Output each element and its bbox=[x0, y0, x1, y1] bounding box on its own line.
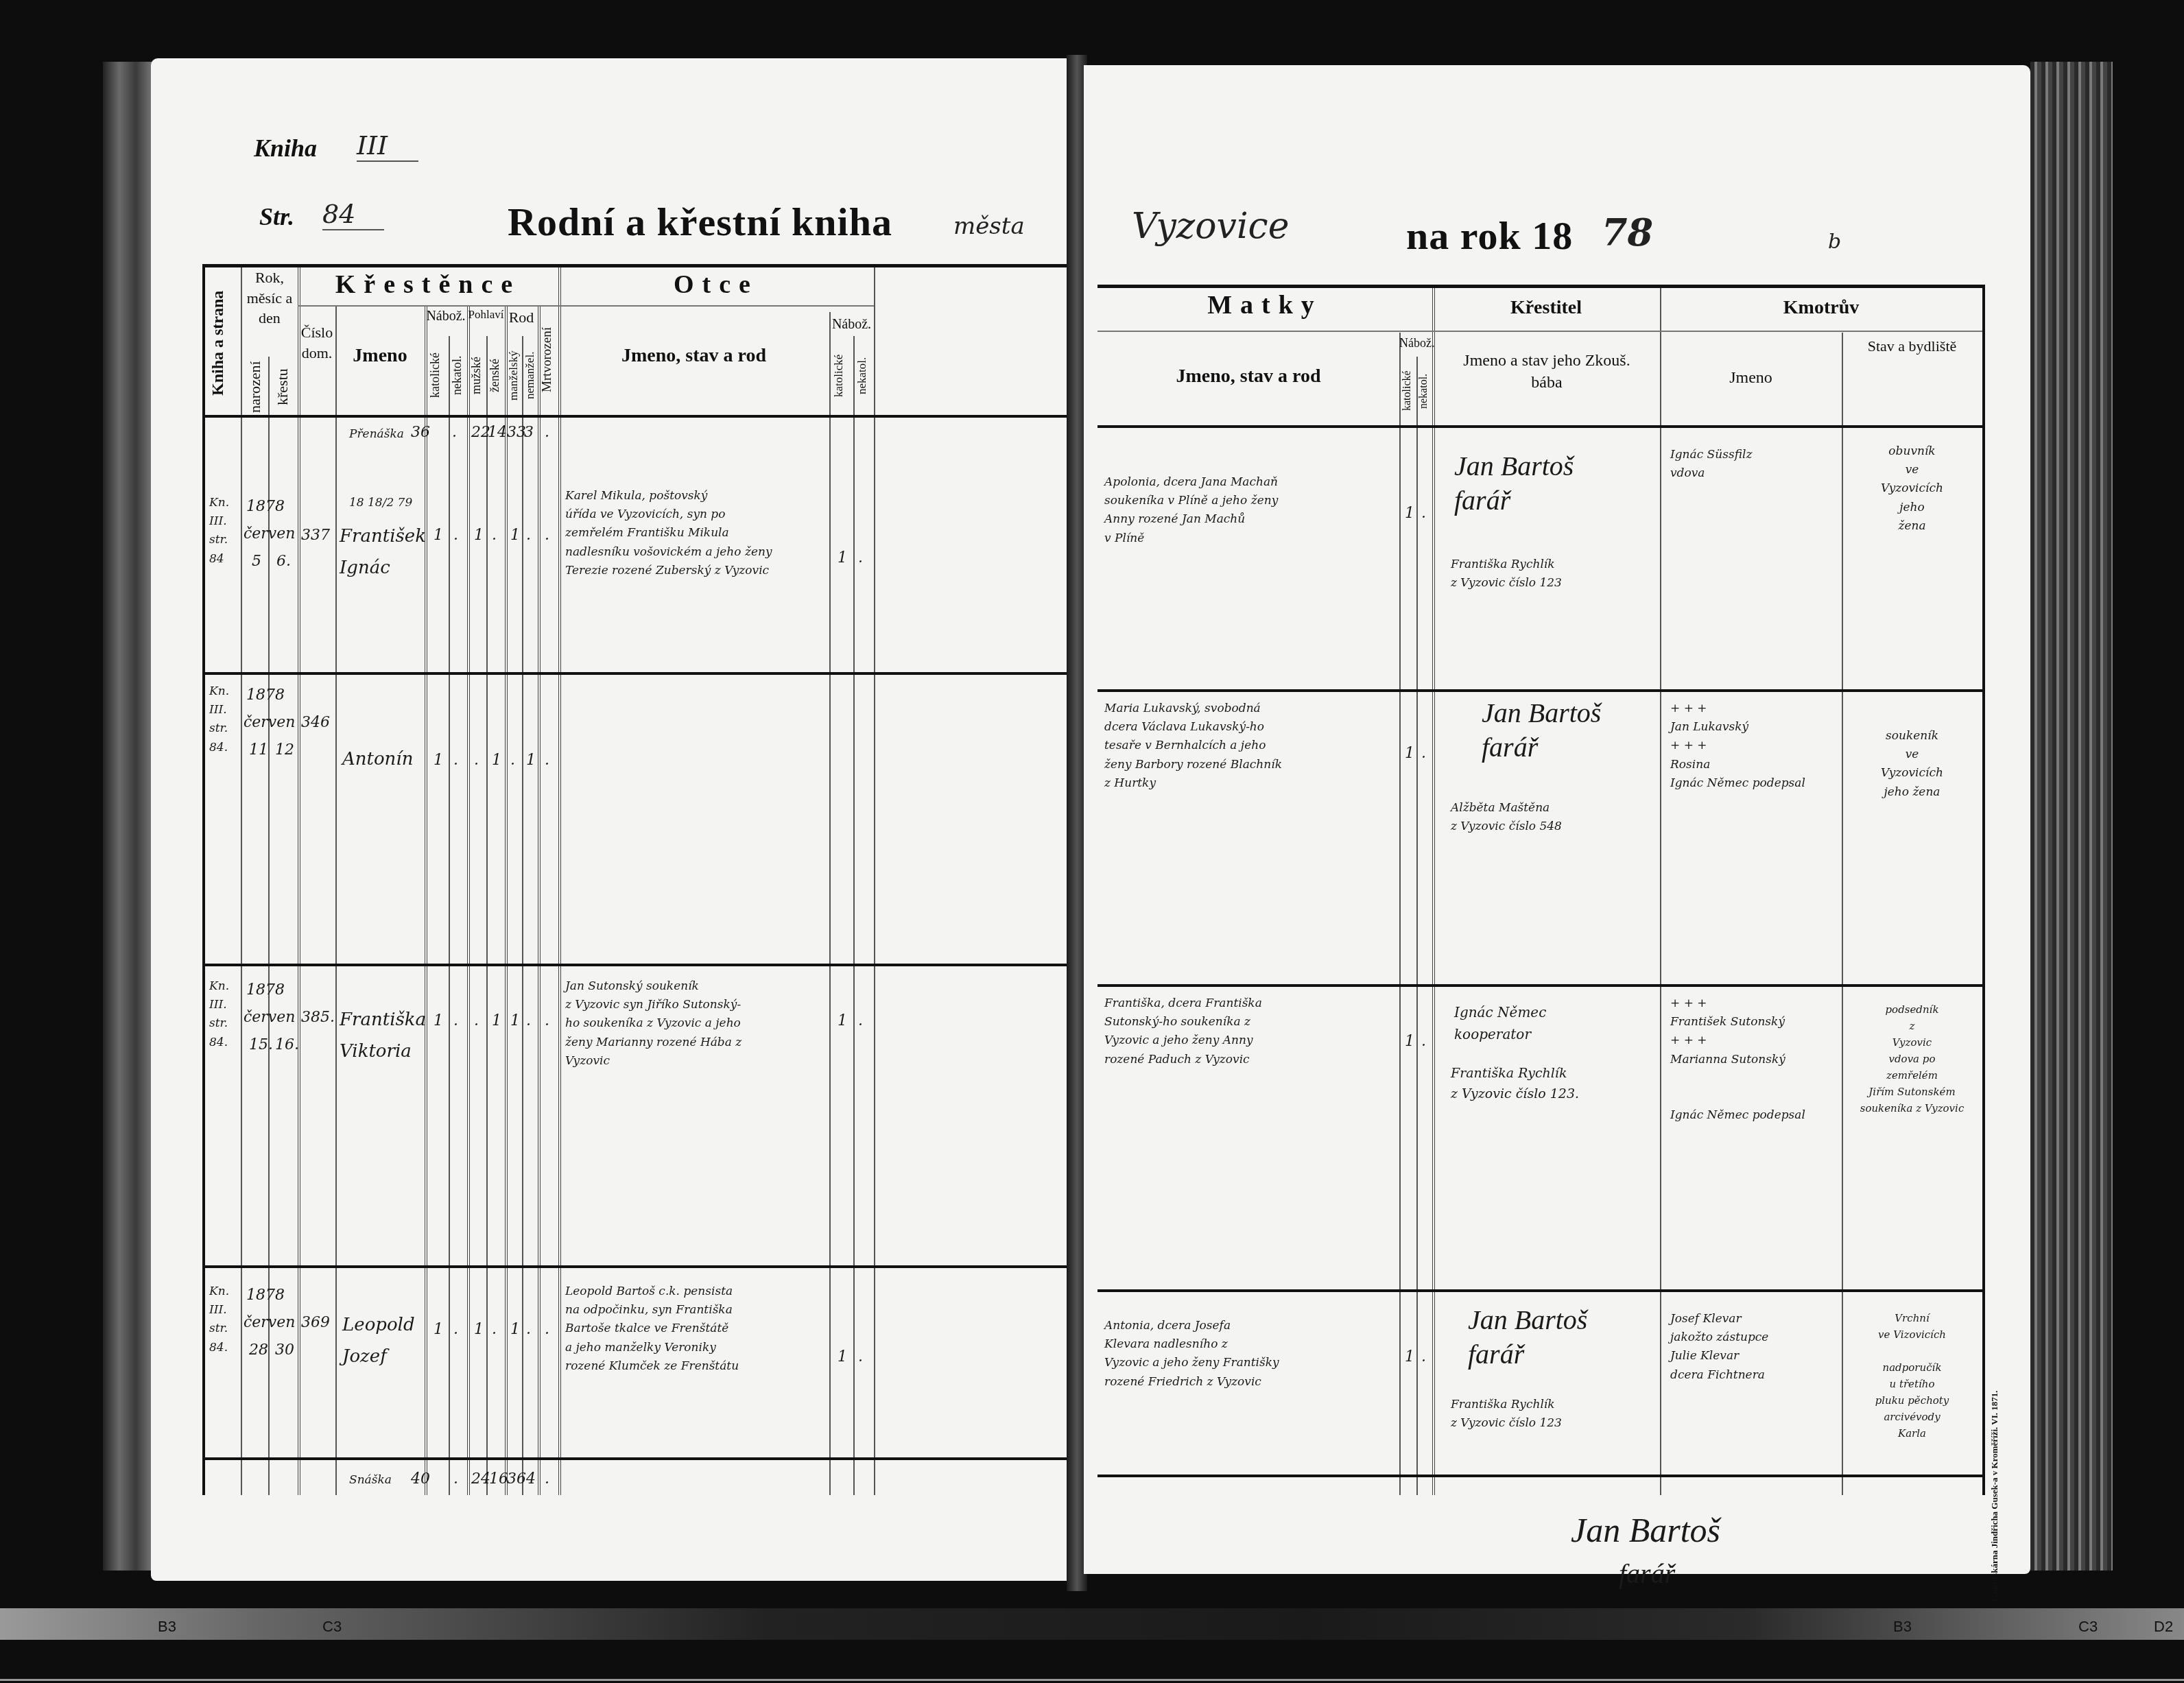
entry-krestu: 12 bbox=[275, 737, 294, 764]
entry-kniha-strana: Kn. III. str. 84 bbox=[209, 494, 240, 569]
col-krestu: křestu bbox=[274, 360, 294, 414]
entry-krestitel: Jan Bartoš farář bbox=[1482, 696, 1601, 765]
col-krestitel: Křestitel bbox=[1432, 295, 1660, 321]
col-mrtvorozeni: Mrtvorození bbox=[540, 309, 558, 411]
otec-naboz-nekatol: . bbox=[858, 1344, 863, 1371]
str-value: 84 bbox=[322, 199, 384, 230]
col-manzelsky: manželský bbox=[507, 339, 522, 411]
col-kniha-strana: Kniha a strana bbox=[209, 274, 237, 411]
carried-over-1: 36 bbox=[411, 420, 429, 446]
entry-kmotr-stav: soukeník ve Vyzovicích jeho žena bbox=[1845, 727, 1979, 802]
total-nekatol: . bbox=[453, 1466, 458, 1493]
col-matky-nekatol: nekatol. bbox=[1418, 357, 1432, 425]
col-narozeni: narození bbox=[246, 360, 267, 414]
tally-mrtvorozeni: . bbox=[545, 523, 549, 549]
carried-over-7: . bbox=[545, 420, 549, 446]
entry-kmotr: + + + František Sutonský + + + Marianna … bbox=[1670, 994, 1838, 1125]
corner-mark: b bbox=[1828, 230, 1841, 254]
tally-nemanzel: . bbox=[526, 523, 531, 549]
entry-rok: 1878 bbox=[246, 1282, 285, 1309]
col-kmotr-jmeno: Jmeno bbox=[1660, 367, 1842, 389]
entry-narozeni: 15. bbox=[249, 1032, 273, 1059]
entry-matka: Maria Lukavský, svobodná dcera Václava L… bbox=[1104, 700, 1396, 793]
left-register-table: Kniha a strana Rok, měsíc a den narození… bbox=[202, 264, 1076, 1495]
closing-signature-title: farář bbox=[1619, 1557, 1675, 1591]
col-stav-bydliste: Stav a bydliště bbox=[1842, 336, 1982, 357]
entry-kniha-strana: Kn. III. str. 84. bbox=[209, 682, 240, 757]
col-otce-nekatol: nekatol. bbox=[855, 339, 872, 411]
book-edge-right bbox=[2030, 62, 2113, 1571]
ruler-mark: B3 bbox=[158, 1618, 176, 1636]
entry-kniha-strana: Kn. III. str. 84. bbox=[209, 1282, 240, 1357]
tally-mrtvorozeni: . bbox=[545, 1317, 549, 1344]
tally-manzelsky: 1 bbox=[510, 1317, 520, 1344]
otec-naboz-katolicke: 1 bbox=[838, 1344, 847, 1371]
matka-naboz-katolicke: 1 bbox=[1405, 1029, 1414, 1055]
col-otce-katolicke: katolické bbox=[832, 339, 851, 411]
entry-baba: Alžběta Maštěna z Vyzovic číslo 548 bbox=[1451, 799, 1562, 836]
entry-note: 18 18/2 79 bbox=[349, 494, 412, 512]
entry-jmeno: Františka Viktoria bbox=[340, 1005, 426, 1067]
col-zenske: ženské bbox=[488, 339, 504, 411]
entry-cislo-dom: 369 bbox=[301, 1310, 330, 1337]
col-jmeno: Jmeno bbox=[335, 343, 425, 369]
col-matky-katolicke: katolické bbox=[1401, 357, 1415, 425]
tally-nekatol: . bbox=[453, 1317, 458, 1344]
matka-naboz-katolicke: 1 bbox=[1405, 1344, 1414, 1371]
col-muzske: mužské bbox=[469, 339, 486, 411]
entry-jmeno: Leopold Jozef bbox=[342, 1310, 415, 1372]
entry-baba: Františka Rychlík z Vyzovic číslo 123 bbox=[1451, 556, 1562, 593]
tally-muzske: . bbox=[474, 1008, 479, 1035]
total-zenske: 16 bbox=[489, 1466, 508, 1493]
entry-kmotr-stav: Vrchní ve Vizovicích nadporučík u třetíh… bbox=[1845, 1310, 1979, 1442]
total-nemanzel: 4 bbox=[526, 1466, 536, 1493]
col-nemanzel: nemanžel. bbox=[523, 339, 537, 411]
col-matky: Matky bbox=[1097, 288, 1432, 323]
entry-jmeno: František Ignác bbox=[340, 521, 426, 584]
col-rok-mesic-den: Rok, měsíc a den bbox=[242, 267, 297, 329]
tally-nemanzel: . bbox=[526, 1317, 531, 1344]
right-page: Vyzovice na rok 18 78 b Matky Jmeno, sta… bbox=[1084, 65, 2030, 1574]
entry-narozeni: 28 bbox=[249, 1337, 268, 1364]
col-otce-naboz: Nábož. bbox=[829, 315, 874, 334]
tally-katolicke: 1 bbox=[434, 523, 443, 549]
entry-jmeno: Antonín bbox=[342, 744, 413, 776]
tally-nekatol: . bbox=[453, 523, 458, 549]
entry-mesic: červen bbox=[244, 521, 295, 548]
tally-muzske: 1 bbox=[474, 523, 484, 549]
col-krestitel-sub: Jmeno a stav jeho Zkouš. bába bbox=[1454, 350, 1639, 394]
carried-over-5: 33 bbox=[507, 420, 526, 446]
entry-rok: 1878 bbox=[246, 682, 285, 709]
tally-muzske: 1 bbox=[474, 1317, 484, 1344]
carried-over-6: 3 bbox=[524, 420, 534, 446]
entry-kmotr: Ignác Süssfilz vdova bbox=[1670, 446, 1838, 483]
entry-narozeni: 5 bbox=[252, 549, 261, 575]
entry-kniha-strana: Kn. III. str. 84. bbox=[209, 977, 240, 1052]
tally-manzelsky: . bbox=[510, 748, 515, 774]
entry-cislo-dom: 337 bbox=[301, 523, 330, 549]
otec-naboz-katolicke: 1 bbox=[838, 545, 847, 572]
entry-kmotr: Josef Klevar jakožto zástupce Julie Klev… bbox=[1670, 1310, 1838, 1385]
left-page: Kniha III Str. 84 Rodní a křestní kniha … bbox=[151, 58, 1073, 1581]
tally-katolicke: 1 bbox=[434, 748, 443, 774]
kniha-value: III bbox=[357, 130, 418, 162]
tally-muzske: . bbox=[474, 748, 479, 774]
totals-label: Snáška bbox=[349, 1471, 392, 1490]
printer-imprint: Knihtiskárna Jindřicha Gusek-a v Kroměří… bbox=[1989, 1245, 2000, 1601]
total-manzelsky: 36 bbox=[507, 1466, 526, 1493]
otec-naboz-nekatol: . bbox=[858, 1008, 863, 1035]
title-place-type: města bbox=[953, 213, 1025, 240]
book-edge-left bbox=[103, 62, 158, 1571]
tally-nekatol: . bbox=[453, 748, 458, 774]
col-matky-jmeno: Jmeno, stav a rod bbox=[1097, 363, 1399, 390]
entry-otec: Jan Sutonský soukeník z Vyzovic syn Jiří… bbox=[565, 977, 826, 1071]
tally-katolicke: 1 bbox=[434, 1317, 443, 1344]
entry-matka: Antonia, dcera Josefa Klevara nadlesního… bbox=[1104, 1317, 1396, 1392]
entry-cislo-dom: 385. bbox=[301, 1005, 335, 1031]
col-katolicke: katolické bbox=[428, 339, 447, 411]
entry-rok: 1878 bbox=[246, 977, 285, 1004]
col-matky-naboz: Nábož. bbox=[1399, 335, 1432, 351]
matka-naboz-nekatol: . bbox=[1421, 1029, 1426, 1055]
entry-baba: Františka Rychlík z Vyzovic číslo 123. bbox=[1451, 1063, 1579, 1105]
year-value: 78 bbox=[1602, 211, 1653, 254]
tally-zenske: 1 bbox=[492, 748, 501, 774]
entry-krestu: 16. bbox=[275, 1032, 299, 1059]
entry-krestu: 6. bbox=[276, 549, 291, 575]
entry-mesic: červen bbox=[244, 1005, 295, 1031]
town-name: Vyzovice bbox=[1132, 206, 1289, 247]
frame-edge bbox=[0, 1679, 2184, 1681]
tally-nemanzel: . bbox=[526, 1008, 531, 1035]
entry-baba: Františka Rychlík z Vyzovic číslo 123 bbox=[1451, 1396, 1562, 1433]
tally-mrtvorozeni: . bbox=[545, 748, 549, 774]
tally-manzelsky: 1 bbox=[510, 1008, 520, 1035]
right-register-table: Matky Jmeno, stav a rod Nábož. katolické… bbox=[1097, 285, 1985, 1495]
carried-over-2: . bbox=[452, 420, 457, 446]
scan-ruler: B3 C3 B3 C3 D2 bbox=[0, 1608, 2184, 1640]
col-naboz: Nábož. bbox=[425, 307, 467, 326]
col-otce-jmeno: Jmeno, stav a rod bbox=[558, 343, 829, 369]
tally-mrtvorozeni: . bbox=[545, 1008, 549, 1035]
entry-kmotr-stav: podsedník z Vyzovic vdova po zemřelém Ji… bbox=[1845, 1001, 1979, 1117]
ruler-mark: C3 bbox=[322, 1618, 342, 1636]
matka-naboz-katolicke: 1 bbox=[1405, 741, 1414, 767]
tally-zenske: 1 bbox=[492, 1008, 501, 1035]
carried-over-label: Přenáška bbox=[349, 425, 404, 444]
entry-matka: Františka, dcera Františka Sutonský-ho s… bbox=[1104, 994, 1396, 1069]
total-mrtvorozeni: . bbox=[545, 1466, 549, 1493]
col-nekatol: nekatol. bbox=[450, 339, 466, 411]
otec-naboz-katolicke: 1 bbox=[838, 1008, 847, 1035]
col-otce: Otce bbox=[558, 267, 874, 302]
tally-zenske: . bbox=[492, 523, 497, 549]
col-krestence: Křestěnce bbox=[298, 267, 558, 302]
entry-otec: Karel Mikula, poštovský úřída ve Vyzovic… bbox=[565, 487, 826, 580]
page-title: Rodní a křestní kniha bbox=[508, 199, 892, 245]
closing-signature-name: Jan Bartoš bbox=[1571, 1509, 1720, 1552]
entry-kmotr-stav: obuvník ve Vyzovicích jeho žena bbox=[1845, 442, 1979, 536]
tally-nekatol: . bbox=[453, 1008, 458, 1035]
col-cislo-dom: Číslo dom. bbox=[299, 322, 335, 363]
entry-krestitel: Jan Bartoš farář bbox=[1468, 1303, 1587, 1372]
entry-mesic: červen bbox=[244, 1310, 295, 1337]
matka-naboz-nekatol: . bbox=[1421, 501, 1426, 527]
col-pohlavi: Pohlaví bbox=[467, 307, 505, 323]
year-label: na rok 18 bbox=[1406, 213, 1573, 259]
tally-zenske: . bbox=[492, 1317, 497, 1344]
entry-krestitel: Ignác Němec kooperator bbox=[1454, 1001, 1546, 1045]
tally-manzelsky: 1 bbox=[510, 523, 520, 549]
matka-naboz-nekatol: . bbox=[1421, 1344, 1426, 1371]
col-kmotruv: Kmotrův bbox=[1660, 295, 1982, 321]
ruler-mark: C3 bbox=[2078, 1618, 2098, 1636]
entry-otec: Leopold Bartoš c.k. pensista na odpočink… bbox=[565, 1282, 826, 1376]
total-katolicke: 40 bbox=[411, 1466, 430, 1493]
matka-naboz-katolicke: 1 bbox=[1405, 501, 1414, 527]
ruler-mark: B3 bbox=[1893, 1618, 1912, 1636]
matka-naboz-nekatol: . bbox=[1421, 741, 1426, 767]
entry-narozeni: 11 bbox=[249, 737, 268, 764]
kniha-label: Kniha bbox=[254, 134, 317, 163]
carried-over-4: 14 bbox=[488, 420, 507, 446]
entry-kmotr: + + + Jan Lukavský + + + Rosina Ignác Ně… bbox=[1670, 700, 1838, 793]
ruler-mark: D2 bbox=[2154, 1618, 2173, 1636]
col-rod: Rod bbox=[505, 307, 538, 328]
otec-naboz-nekatol: . bbox=[858, 545, 863, 572]
entry-krestitel: Jan Bartoš farář bbox=[1454, 449, 1574, 518]
entry-mesic: červen bbox=[244, 710, 295, 737]
entry-krestu: 30 bbox=[275, 1337, 294, 1364]
tally-katolicke: 1 bbox=[434, 1008, 443, 1035]
str-label: Str. bbox=[259, 202, 294, 231]
total-muzske: 24 bbox=[471, 1466, 490, 1493]
entry-cislo-dom: 346 bbox=[301, 710, 330, 737]
entry-matka: Apolonia, dcera Jana Machaň soukeníka v … bbox=[1104, 473, 1396, 548]
tally-nemanzel: 1 bbox=[526, 748, 536, 774]
entry-rok: 1878 bbox=[246, 494, 285, 521]
